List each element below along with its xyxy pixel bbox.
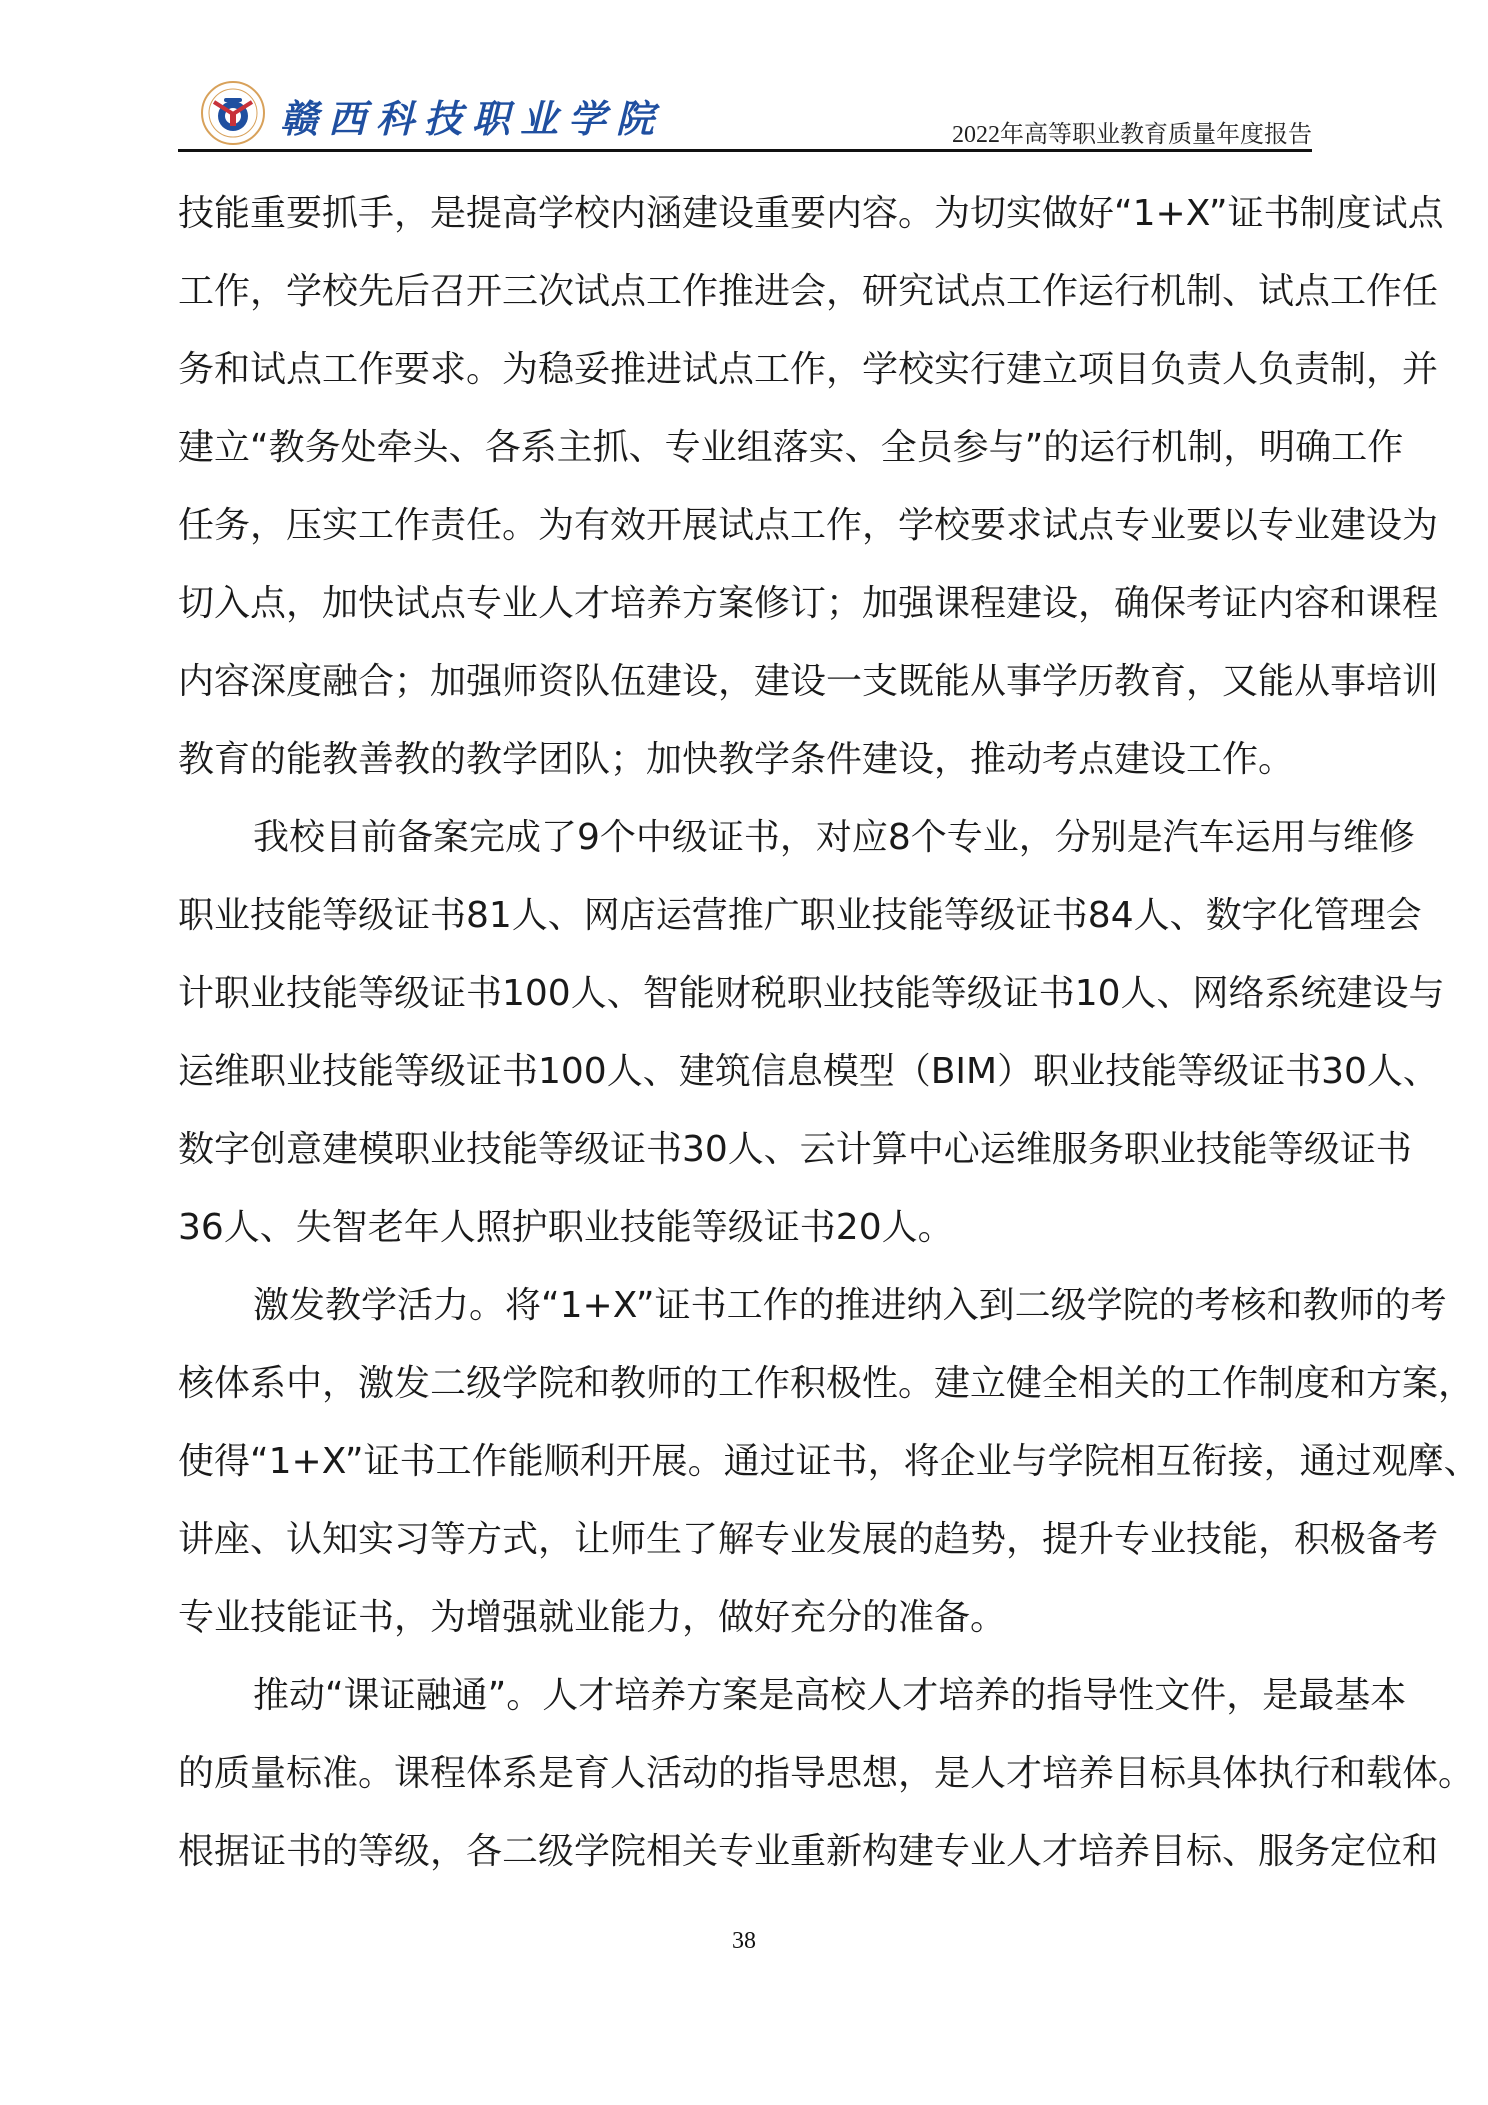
text-line: 使得“1+X”证书工作能顺利开展。通过证书，将企业与学院相互衔接，通过观摩、 [178,1434,1312,1512]
text-line: 的质量标准。课程体系是育人活动的指导思想，是人才培养目标具体执行和载体。 [178,1746,1312,1824]
text-line: 建立“教务处牵头、各系主抓、专业组落实、全员参与”的运行机制，明确工作 [178,420,1312,498]
text-line: 36人、失智老年人照护职业技能等级证书20人。 [178,1200,1312,1278]
text-line: 务和试点工作要求。为稳妥推进试点工作，学校实行建立项目负责人负责制，并 [178,342,1312,420]
text-line: 专业技能证书，为增强就业能力，做好充分的准备。 [178,1590,1312,1668]
page-header: 赣西科技职业学院 2022年高等职业教育质量年度报告 [178,70,1312,152]
report-title: 2022年高等职业教育质量年度报告 [952,114,1312,149]
text-line: 内容深度融合；加强师资队伍建设，建设一支既能从事学历教育，又能从事培训 [178,654,1312,732]
header-divider [178,149,1312,152]
page-number: 38 [0,1928,1488,1955]
text-line: 技能重要抓手，是提高学校内涵建设重要内容。为切实做好“1+X”证书制度试点 [178,186,1312,264]
text-line: 根据证书的等级，各二级学院相关专业重新构建专业人才培养目标、服务定位和 [178,1824,1312,1902]
text-line: 数字创意建模职业技能等级证书30人、云计算中心运维服务职业技能等级证书 [178,1122,1312,1200]
text-line: 任务，压实工作责任。为有效开展试点工作，学校要求试点专业要以专业建设为 [178,498,1312,576]
text-line: 核体系中，激发二级学院和教师的工作积极性。建立健全相关的工作制度和方案， [178,1356,1312,1434]
school-name: 赣西科技职业学院 [280,88,664,143]
text-line: 我校目前备案完成了9个中级证书，对应8个专业，分别是汽车运用与维修 [178,810,1312,888]
school-logo-icon [200,80,266,146]
text-line: 职业技能等级证书81人、网店运营推广职业技能等级证书84人、数字化管理会 [178,888,1312,966]
text-line: 运维职业技能等级证书100人、建筑信息模型（BIM）职业技能等级证书30人、 [178,1044,1312,1122]
text-line: 切入点，加快试点专业人才培养方案修订；加强课程建设，确保考证内容和课程 [178,576,1312,654]
text-line: 教育的能教善教的教学团队；加快教学条件建设，推动考点建设工作。 [178,732,1312,810]
text-line: 工作，学校先后召开三次试点工作推进会，研究试点工作运行机制、试点工作任 [178,264,1312,342]
text-line: 激发教学活力。将“1+X”证书工作的推进纳入到二级学院的考核和教师的考 [178,1278,1312,1356]
text-line: 推动“课证融通”。人才培养方案是高校人才培养的指导性文件，是最基本 [178,1668,1312,1746]
body-text: 技能重要抓手，是提高学校内涵建设重要内容。为切实做好“1+X”证书制度试点工作，… [178,186,1312,1902]
text-line: 讲座、认知实习等方式，让师生了解专业发展的趋势，提升专业技能，积极备考 [178,1512,1312,1590]
text-line: 计职业技能等级证书100人、智能财税职业技能等级证书10人、网络系统建设与 [178,966,1312,1044]
